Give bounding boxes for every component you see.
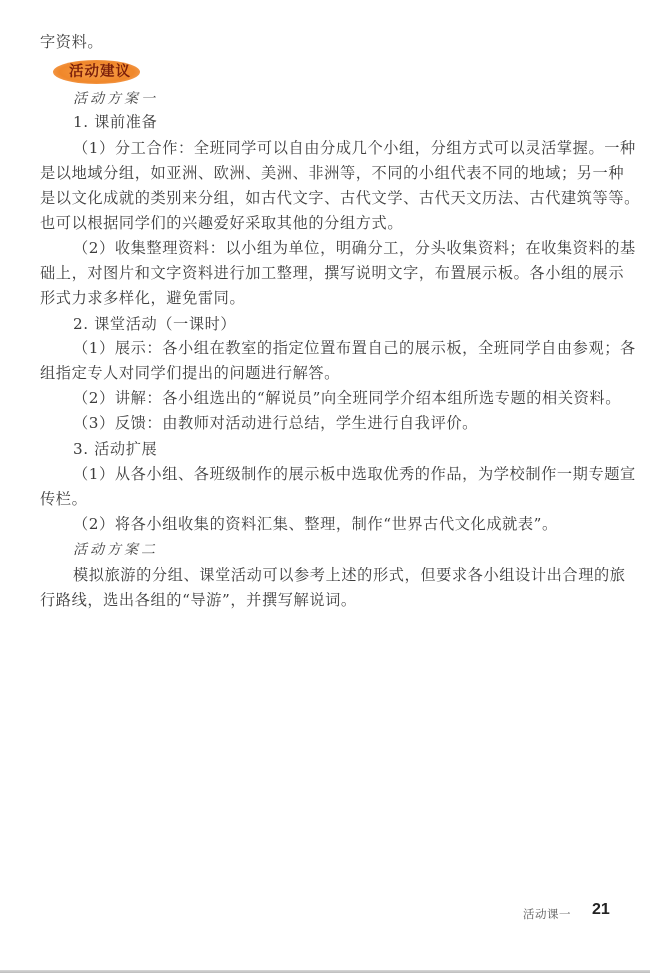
part1-heading: 1. 课前准备 [73, 111, 157, 133]
page-bottom-edge [0, 970, 650, 973]
paragraph-line: 础上，对图片和文字资料进行加工整理，撰写说明文字，布置展示板。各小组的展示 [40, 262, 624, 284]
plan-two-title: 活动方案二 [73, 539, 158, 561]
carryover-text: 字资料。 [40, 31, 103, 53]
part3-heading: 3. 活动扩展 [73, 438, 157, 460]
part3-item2-paragraph: （2）将各小组收集的资料汇集、整理，制作“世界古代文化成就表”。 [73, 513, 558, 535]
footer-section-label: 活动课一 [523, 906, 571, 922]
paragraph-line: 是以文化成就的类别来分组，如古代文字、古代文学、古代天文历法、古代建筑等等。 [40, 187, 640, 209]
textbook-page: 字资料。 活动建议 活动方案一 1. 课前准备 （1）分工合作：全班同学可以自由… [0, 0, 650, 978]
plan-one-title: 活动方案一 [73, 88, 158, 110]
paragraph-line: （2）收集整理资料：以小组为单位，明确分工，分头收集资料；在收集资料的基 [73, 237, 636, 259]
paragraph-line: （1）分工合作：全班同学可以自由分成几个小组，分组方式可以灵活掌握。一种 [73, 137, 636, 159]
page-number: 21 [592, 901, 610, 919]
part2-item3-paragraph: （3）反馈：由教师对活动进行总结，学生进行自我评价。 [73, 412, 478, 434]
paragraph-line: 形式力求多样化，避免雷同。 [40, 287, 245, 309]
paragraph-line: 模拟旅游的分组、课堂活动可以参考上述的形式，但要求各小组设计出合理的旅 [73, 564, 626, 586]
paragraph-line: （1）展示：各小组在教室的指定位置布置自己的展示板，全班同学自由参观；各 [73, 337, 636, 359]
part2-heading: 2. 课堂活动（一课时） [73, 313, 236, 335]
paragraph-line: 行路线，选出各组的“导游”，并撰写解说词。 [40, 589, 357, 611]
paragraph-line: 是以地域分组，如亚洲、欧洲、美洲、非洲等，不同的小组代表不同的地域；另一种 [40, 162, 624, 184]
paragraph-line: 也可以根据同学们的兴趣爱好采取其他的分组方式。 [40, 212, 403, 234]
paragraph-line: 组指定专人对同学们提出的问题进行解答。 [40, 362, 340, 384]
part2-item2-paragraph: （2）讲解：各小组选出的“解说员”向全班同学介绍本组所选专题的相关资料。 [73, 387, 621, 409]
section-badge-label: 活动建议 [69, 61, 131, 83]
paragraph-line: 传栏。 [40, 488, 87, 510]
paragraph-line: （1）从各小组、各班级制作的展示板中选取优秀的作品，为学校制作一期专题宣 [73, 463, 636, 485]
